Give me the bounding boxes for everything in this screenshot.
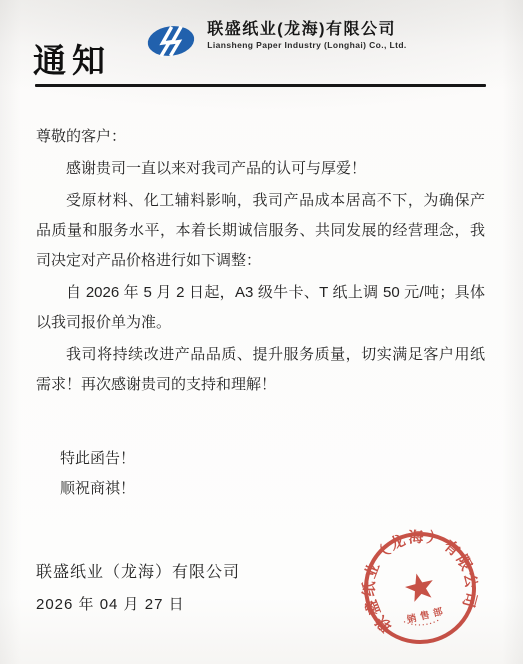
- page-title: 通知: [33, 42, 111, 80]
- company-name-block: 联盛纸业(龙海)有限公司 Liansheng Paper Industry (L…: [207, 20, 406, 51]
- company-logo-icon: [144, 22, 198, 60]
- closing-lines: 特此函告！ 顺祝商祺！: [36, 444, 485, 504]
- signature-block: 联盛纸业（龙海）有限公司 2026 年 04 月 27 日: [36, 558, 485, 620]
- salutation: 尊敬的客户：: [36, 122, 485, 152]
- letter-paragraph: 我司将持续改进产品品质、提升服务质量，切实满足客户用纸需求！再次感谢贵司的支持和…: [36, 340, 485, 400]
- notice-letter-page: 联盛纸业(龙海)有限公司 Liansheng Paper Industry (L…: [0, 0, 523, 664]
- letter-paragraph: 自 2026 年 5 月 2 日起，A3 级牛卡、T 纸上调 50 元/吨；具体…: [36, 278, 485, 338]
- letterhead: 联盛纸业(龙海)有限公司 Liansheng Paper Industry (L…: [0, 0, 523, 92]
- company-name-cn: 联盛纸业(龙海)有限公司: [207, 20, 406, 40]
- signature-date: 2026 年 04 月 27 日: [36, 590, 485, 620]
- company-name-en: Liansheng Paper Industry (Longhai) Co., …: [207, 40, 406, 51]
- letter-paragraph: 受原材料、化工辅料影响，我司产品成本居高不下，为确保产品质量和服务水平，本着长期…: [36, 186, 485, 276]
- letter-body: 尊敬的客户： 感谢贵司一直以来对我司产品的认可与厚爱！ 受原材料、化工辅料影响，…: [0, 92, 523, 620]
- closing-line: 顺祝商祺！: [36, 474, 485, 504]
- letter-paragraph: 感谢贵司一直以来对我司产品的认可与厚爱！: [36, 154, 485, 184]
- signature-company: 联盛纸业（龙海）有限公司: [36, 558, 485, 588]
- closing-line: 特此函告！: [36, 444, 485, 474]
- header-rule: [35, 84, 486, 87]
